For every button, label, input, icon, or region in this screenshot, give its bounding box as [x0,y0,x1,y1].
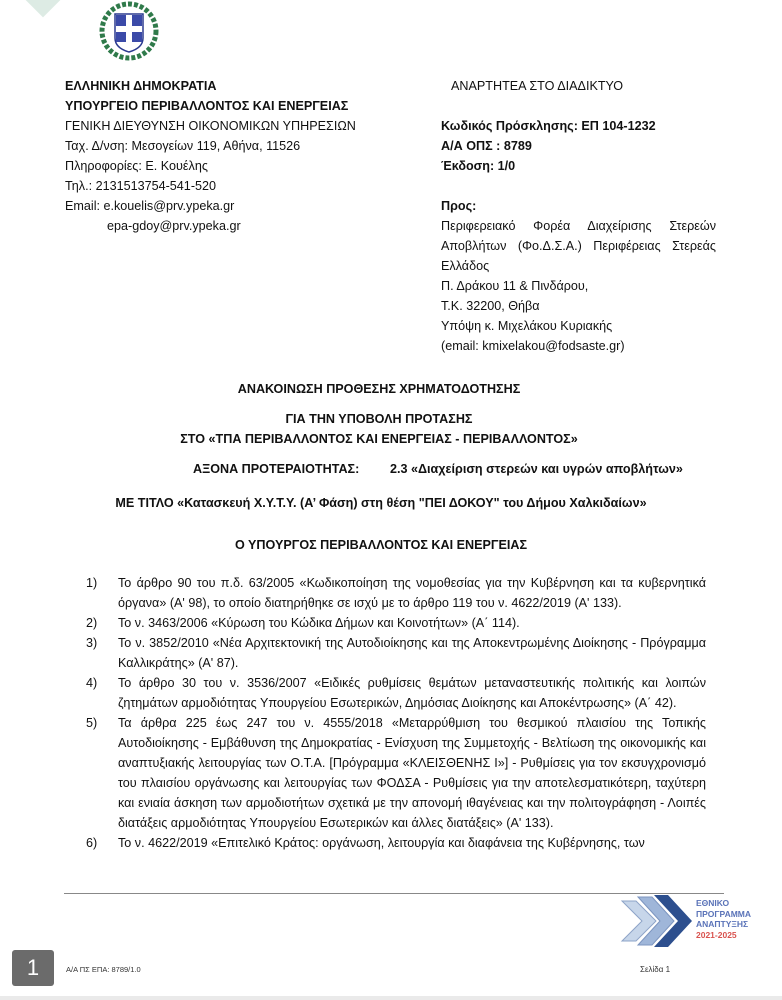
page-label: Σελίδα 1 [640,965,670,974]
greek-emblem-icon [98,0,160,62]
email-secondary[interactable]: epa-gdoy@prv.ypeka.gr [65,216,356,236]
legal-basis-list: 1)Το άρθρο 90 του π.δ. 63/2005 «Κωδικοπο… [86,573,706,853]
call-code: Κωδικός Πρόσκλησης: ΕΠ 104-1232 [441,116,716,136]
program-title: ΣΤΟ «ΤΠΑ ΠΕΡΙΒΑΛΛΟΝΤΟΣ ΚΑΙ ΕΝΕΡΓΕΙΑΣ - Π… [0,429,770,449]
to-label: Προς: [441,196,716,216]
list-item: 3)Το ν. 3852/2010 «Νέα Αρχιτεκτονική της… [86,633,706,673]
document-reference: Α/Α ΠΣ ΕΠΑ: 8789/1.0 [66,965,141,974]
postal-address: Ταχ. Δ/νση: Μεσογείων 119, Αθήνα, 11526 [65,136,356,156]
priority-axis-value: 2.3 «Διαχείριση στερεών και υγρών αποβλή… [390,459,683,479]
recipient-line: Υπόψη κ. Μιχελάκου Κυριακής [441,316,716,336]
sender-block: ΕΛΛΗΝΙΚΗ ΔΗΜΟΚΡΑΤΙΑ ΥΠΟΥΡΓΕΙΟ ΠΕΡΙΒΑΛΛΟΝ… [65,76,356,236]
directorate-name: ΓΕΝΙΚΗ ΔΙΕΥΘΥΝΣΗ ΟΙΚΟΝΟΜΙΚΩΝ ΥΠΗΡΕΣΙΩΝ [65,116,356,136]
page-number-badge[interactable]: 1 [12,950,54,986]
recipient-line: Τ.Κ. 32200, Θήβα [441,296,716,316]
recipient-line: Π. Δράκου 11 & Πινδάρου, [441,276,716,296]
national-development-program-logo-icon [620,893,700,949]
list-item: 6)Το ν. 4622/2019 «Επιτελικό Κράτος: οργ… [86,833,706,853]
country-name: ΕΛΛΗΝΙΚΗ ΔΗΜΟΚΡΑΤΙΑ [65,76,356,96]
priority-axis-label: ΑΞΟΝΑ ΠΡΟΤΕΡΑΙΟΤΗΤΑΣ: [193,459,359,479]
recipient-line: Αποβλήτων (Φο.Δ.Σ.Α.) Περιφέρειας Στερεά… [441,236,716,256]
contact-person: Πληροφορίες: Ε. Κουέλης [65,156,356,176]
email-primary[interactable]: Email: e.kouelis@prv.ypeka.gr [65,196,356,216]
edition: Έκδοση: 1/0 [441,156,716,176]
minister-heading: Ο ΥΠΟΥΡΓΟΣ ΠΕΡΙΒΑΛΛΟΝΤΟΣ ΚΑΙ ΕΝΕΡΓΕΙΑΣ [0,535,772,555]
bottom-scroll-bar[interactable] [0,996,782,1000]
submission-subtitle: ΓΙΑ ΤΗΝ ΥΠΟΒΟΛΗ ΠΡΟΤΑΣΗΣ [0,409,770,429]
ops-id: Α/Α ΟΠΣ : 8789 [441,136,716,156]
recipient-line: Περιφερειακό Φορέα Διαχείρισης Στερεών [441,216,716,236]
project-title: ΜΕ ΤΙΤΛΟ «Κατασκευή Χ.Υ.Τ.Υ. (Α’ Φάση) σ… [0,493,772,513]
list-item: 2)Το ν. 3463/2006 «Κύρωση του Κώδικα Δήμ… [86,613,706,633]
list-item: 4)Το άρθρο 30 του ν. 3536/2007 «Ειδικές … [86,673,706,713]
phone: Τηλ.: 2131513754-541-520 [65,176,356,196]
recipient-line: Ελλάδος [441,256,716,276]
list-item: 5)Τα άρθρα 225 έως 247 του ν. 4555/2018 … [86,713,706,833]
recipient-email: (email: kmixelakou@fodsaste.gr) [441,336,716,356]
publish-notice: ΑΝΑΡΤΗΤΕΑ ΣΤΟ ΔΙΑΔΙΚΤΥΟ [451,76,716,96]
ministry-name: ΥΠΟΥΡΓΕΙΟ ΠΕΡΙΒΑΛΛΟΝΤΟΣ ΚΑΙ ΕΝΕΡΓΕΙΑΣ [65,96,356,116]
reference-block: ΑΝΑΡΤΗΤΕΑ ΣΤΟ ΔΙΑΔΙΚΤΥΟ Κωδικός Πρόσκλησ… [441,76,716,356]
announcement-title: ΑΝΑΚΟΙΝΩΣΗ ΠΡΟΘΕΣΗΣ ΧΡΗΜΑΤΟΔΟΤΗΣΗΣ [0,379,770,399]
list-item: 1)Το άρθρο 90 του π.δ. 63/2005 «Κωδικοπο… [86,573,706,613]
corner-fold-icon [25,0,62,17]
logo-text: ΕΘΝΙΚΟ ΠΡΟΓΡΑΜΜΑ ΑΝΑΠΤΥΞΗΣ 2021-2025 [696,898,751,940]
